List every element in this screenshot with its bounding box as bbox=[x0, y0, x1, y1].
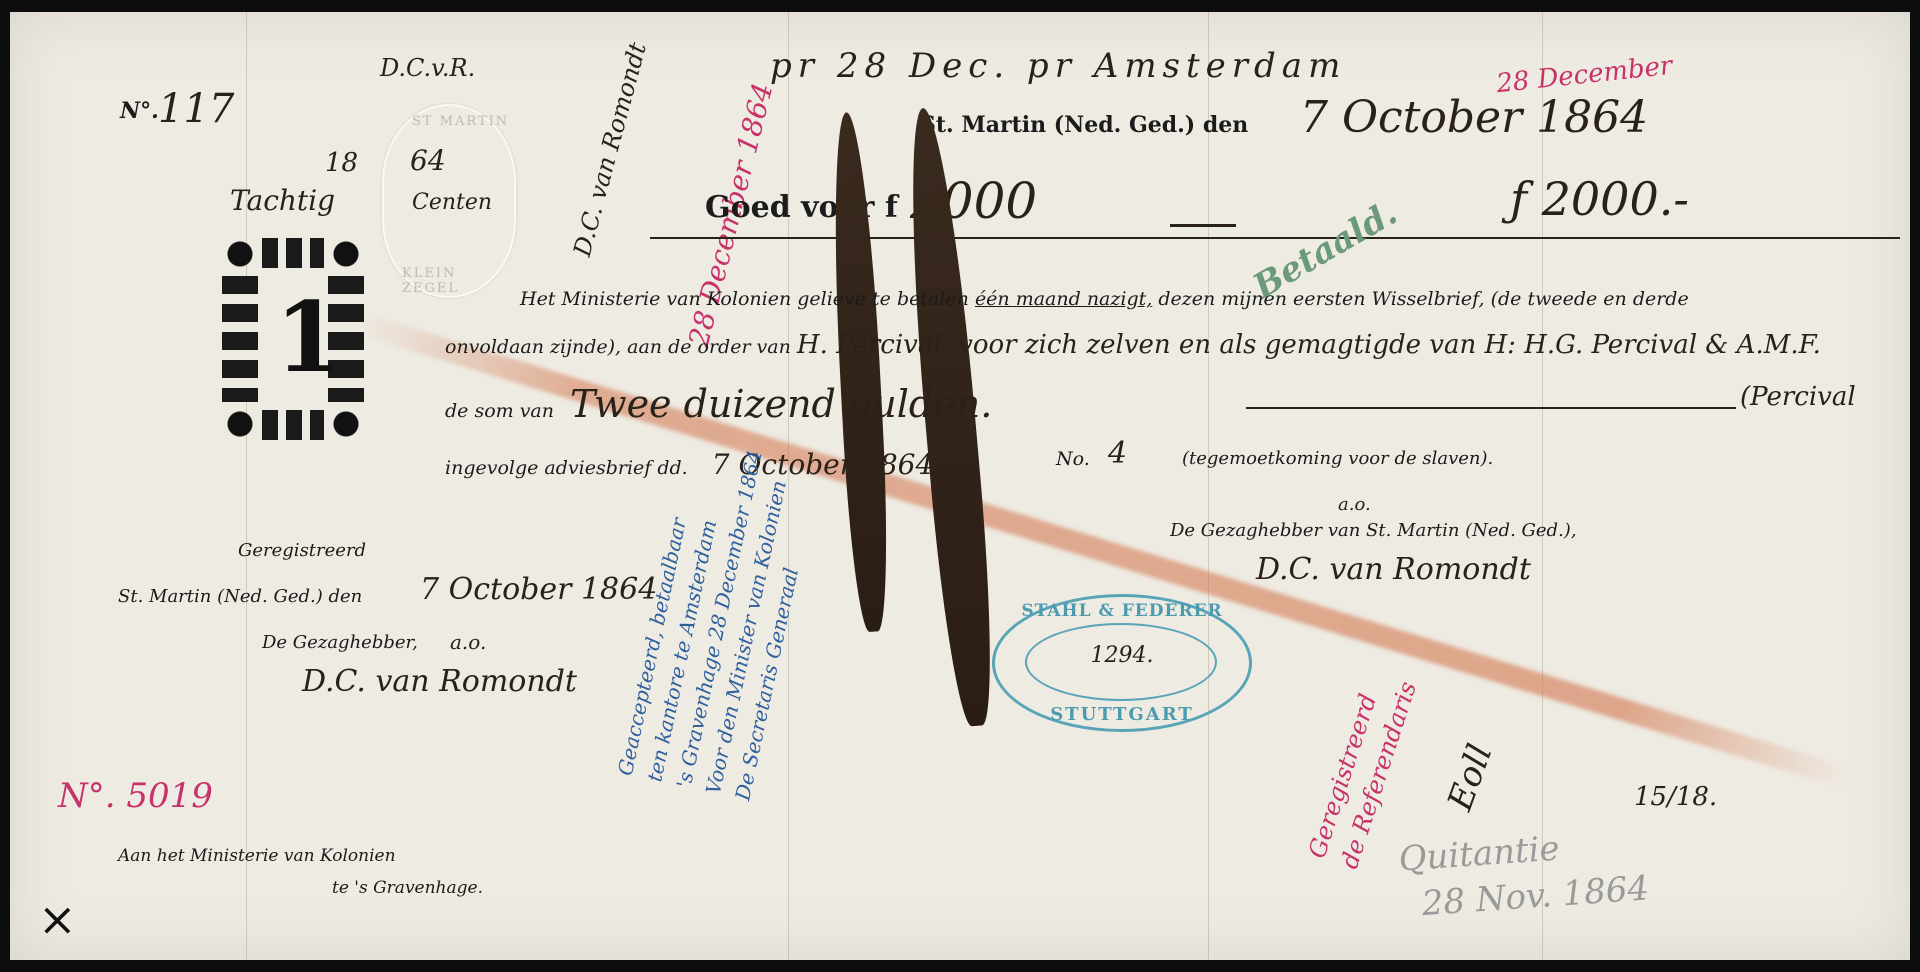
top-endorsement: pr 28 Dec. pr Amsterdam bbox=[770, 46, 1346, 86]
number-value: 117 bbox=[158, 86, 234, 132]
stamp-year-value: 64 bbox=[410, 144, 446, 177]
amount-words-rule bbox=[1246, 407, 1736, 409]
percival-continuation: (Percival bbox=[1740, 382, 1856, 412]
body-underlined-term: één maand nazigt, bbox=[975, 288, 1152, 310]
body-line-2: onvoldaan zijnde), aan de order van H. P… bbox=[445, 330, 1821, 360]
fold-line bbox=[1542, 12, 1543, 960]
ornament-column bbox=[222, 276, 258, 402]
cross-mark: × bbox=[38, 892, 77, 946]
pencil-receipt-note: Quitantie 28 Nov. 1864 bbox=[1397, 819, 1650, 928]
good-for-amount-right: ƒ 2000.- bbox=[1510, 172, 1689, 226]
seal-top-text: ST MARTIN bbox=[412, 114, 509, 129]
body-text: de som van bbox=[445, 400, 554, 422]
seal-bottom-text: KLEIN ZEGEL bbox=[402, 266, 514, 296]
governor-signature: D.C. van Romondt bbox=[1256, 552, 1531, 587]
red-register-number: N°. 5019 bbox=[58, 776, 213, 816]
stamp-amount-unit: Centen bbox=[412, 190, 492, 215]
purpose-text: (tegemoetkoming voor de slaven). bbox=[1182, 448, 1493, 469]
fold-line bbox=[1208, 12, 1209, 960]
advice-number-value: 4 bbox=[1108, 436, 1127, 471]
amount-dash bbox=[1170, 224, 1236, 227]
body-line-3: de som van Twee duizend gulden. bbox=[445, 382, 992, 426]
registration-title: De Gezaghebber, bbox=[262, 632, 418, 653]
vertical-signature: D.C. van Romondt bbox=[568, 40, 652, 260]
registration-place: St. Martin (Ned. Ged.) den bbox=[118, 586, 362, 607]
signature-title: De Gezaghebber van St. Martin (Ned. Ged.… bbox=[1170, 520, 1577, 541]
amount-words-handwritten: Twee duizend gulden. bbox=[570, 382, 992, 426]
place-date-handwritten: 7 October 1864 bbox=[1300, 92, 1648, 143]
stamp-year-label: 18 bbox=[325, 148, 358, 178]
number-label: N°. bbox=[120, 98, 159, 124]
registration-ao: a.o. bbox=[450, 630, 486, 654]
stamp-number: 1294. bbox=[995, 643, 1249, 668]
scrawl-signature: Eoll bbox=[1440, 739, 1501, 816]
stahl-federer-stamp: STAHL & FEDERER 1294. STUTTGART bbox=[992, 594, 1252, 732]
body-text: onvoldaan zijnde), aan de order van bbox=[445, 336, 791, 358]
ornament-row bbox=[262, 238, 324, 268]
registration-date: 7 October 1864 bbox=[420, 572, 657, 607]
body-text: dezen mijnen eersten Wisselbrief, (de tw… bbox=[1158, 288, 1688, 310]
body-text: ingevolge adviesbrief dd. bbox=[445, 457, 688, 479]
address-line-1: Aan het Ministerie van Kolonien bbox=[118, 846, 396, 866]
advice-number-label: No. bbox=[1056, 448, 1090, 470]
bill-of-exchange-document: N°. 117 D.C.v.R. ST MARTIN KLEIN ZEGEL 1… bbox=[10, 12, 1910, 960]
stamp-top-text: STAHL & FEDERER bbox=[995, 601, 1249, 621]
stamp-amount-text: Tachtig bbox=[230, 184, 335, 217]
body-line-1: Het Ministerie van Kolonien gelieve te b… bbox=[520, 288, 1689, 310]
payee-handwritten: H. Percival, voor zich zelven en als gem… bbox=[797, 330, 1821, 360]
body-text: Het Ministerie van Kolonien gelieve te b… bbox=[520, 288, 969, 310]
good-for-label: Goed voor f bbox=[705, 190, 898, 225]
fold-line bbox=[246, 12, 247, 960]
place-date-printed: St. Martin (Ned. Ged.) den bbox=[920, 112, 1248, 138]
ornament-row bbox=[262, 410, 324, 440]
address-line-2: te 's Gravenhage. bbox=[332, 878, 483, 898]
blue-acceptance-annotation: Geaccepteerd, betaalbaar ten kantore te … bbox=[610, 435, 828, 803]
registration-signature: D.C. van Romondt bbox=[302, 664, 577, 699]
registration-heading: Geregistreerd bbox=[238, 540, 366, 561]
signature-ao: a.o. bbox=[1338, 494, 1371, 515]
stamp-bottom-text: STUTTGART bbox=[995, 704, 1249, 725]
copy-number: 1 bbox=[275, 290, 342, 386]
bottom-right-number: 15/18. bbox=[1634, 782, 1717, 812]
top-initials: D.C.v.R. bbox=[380, 54, 475, 82]
